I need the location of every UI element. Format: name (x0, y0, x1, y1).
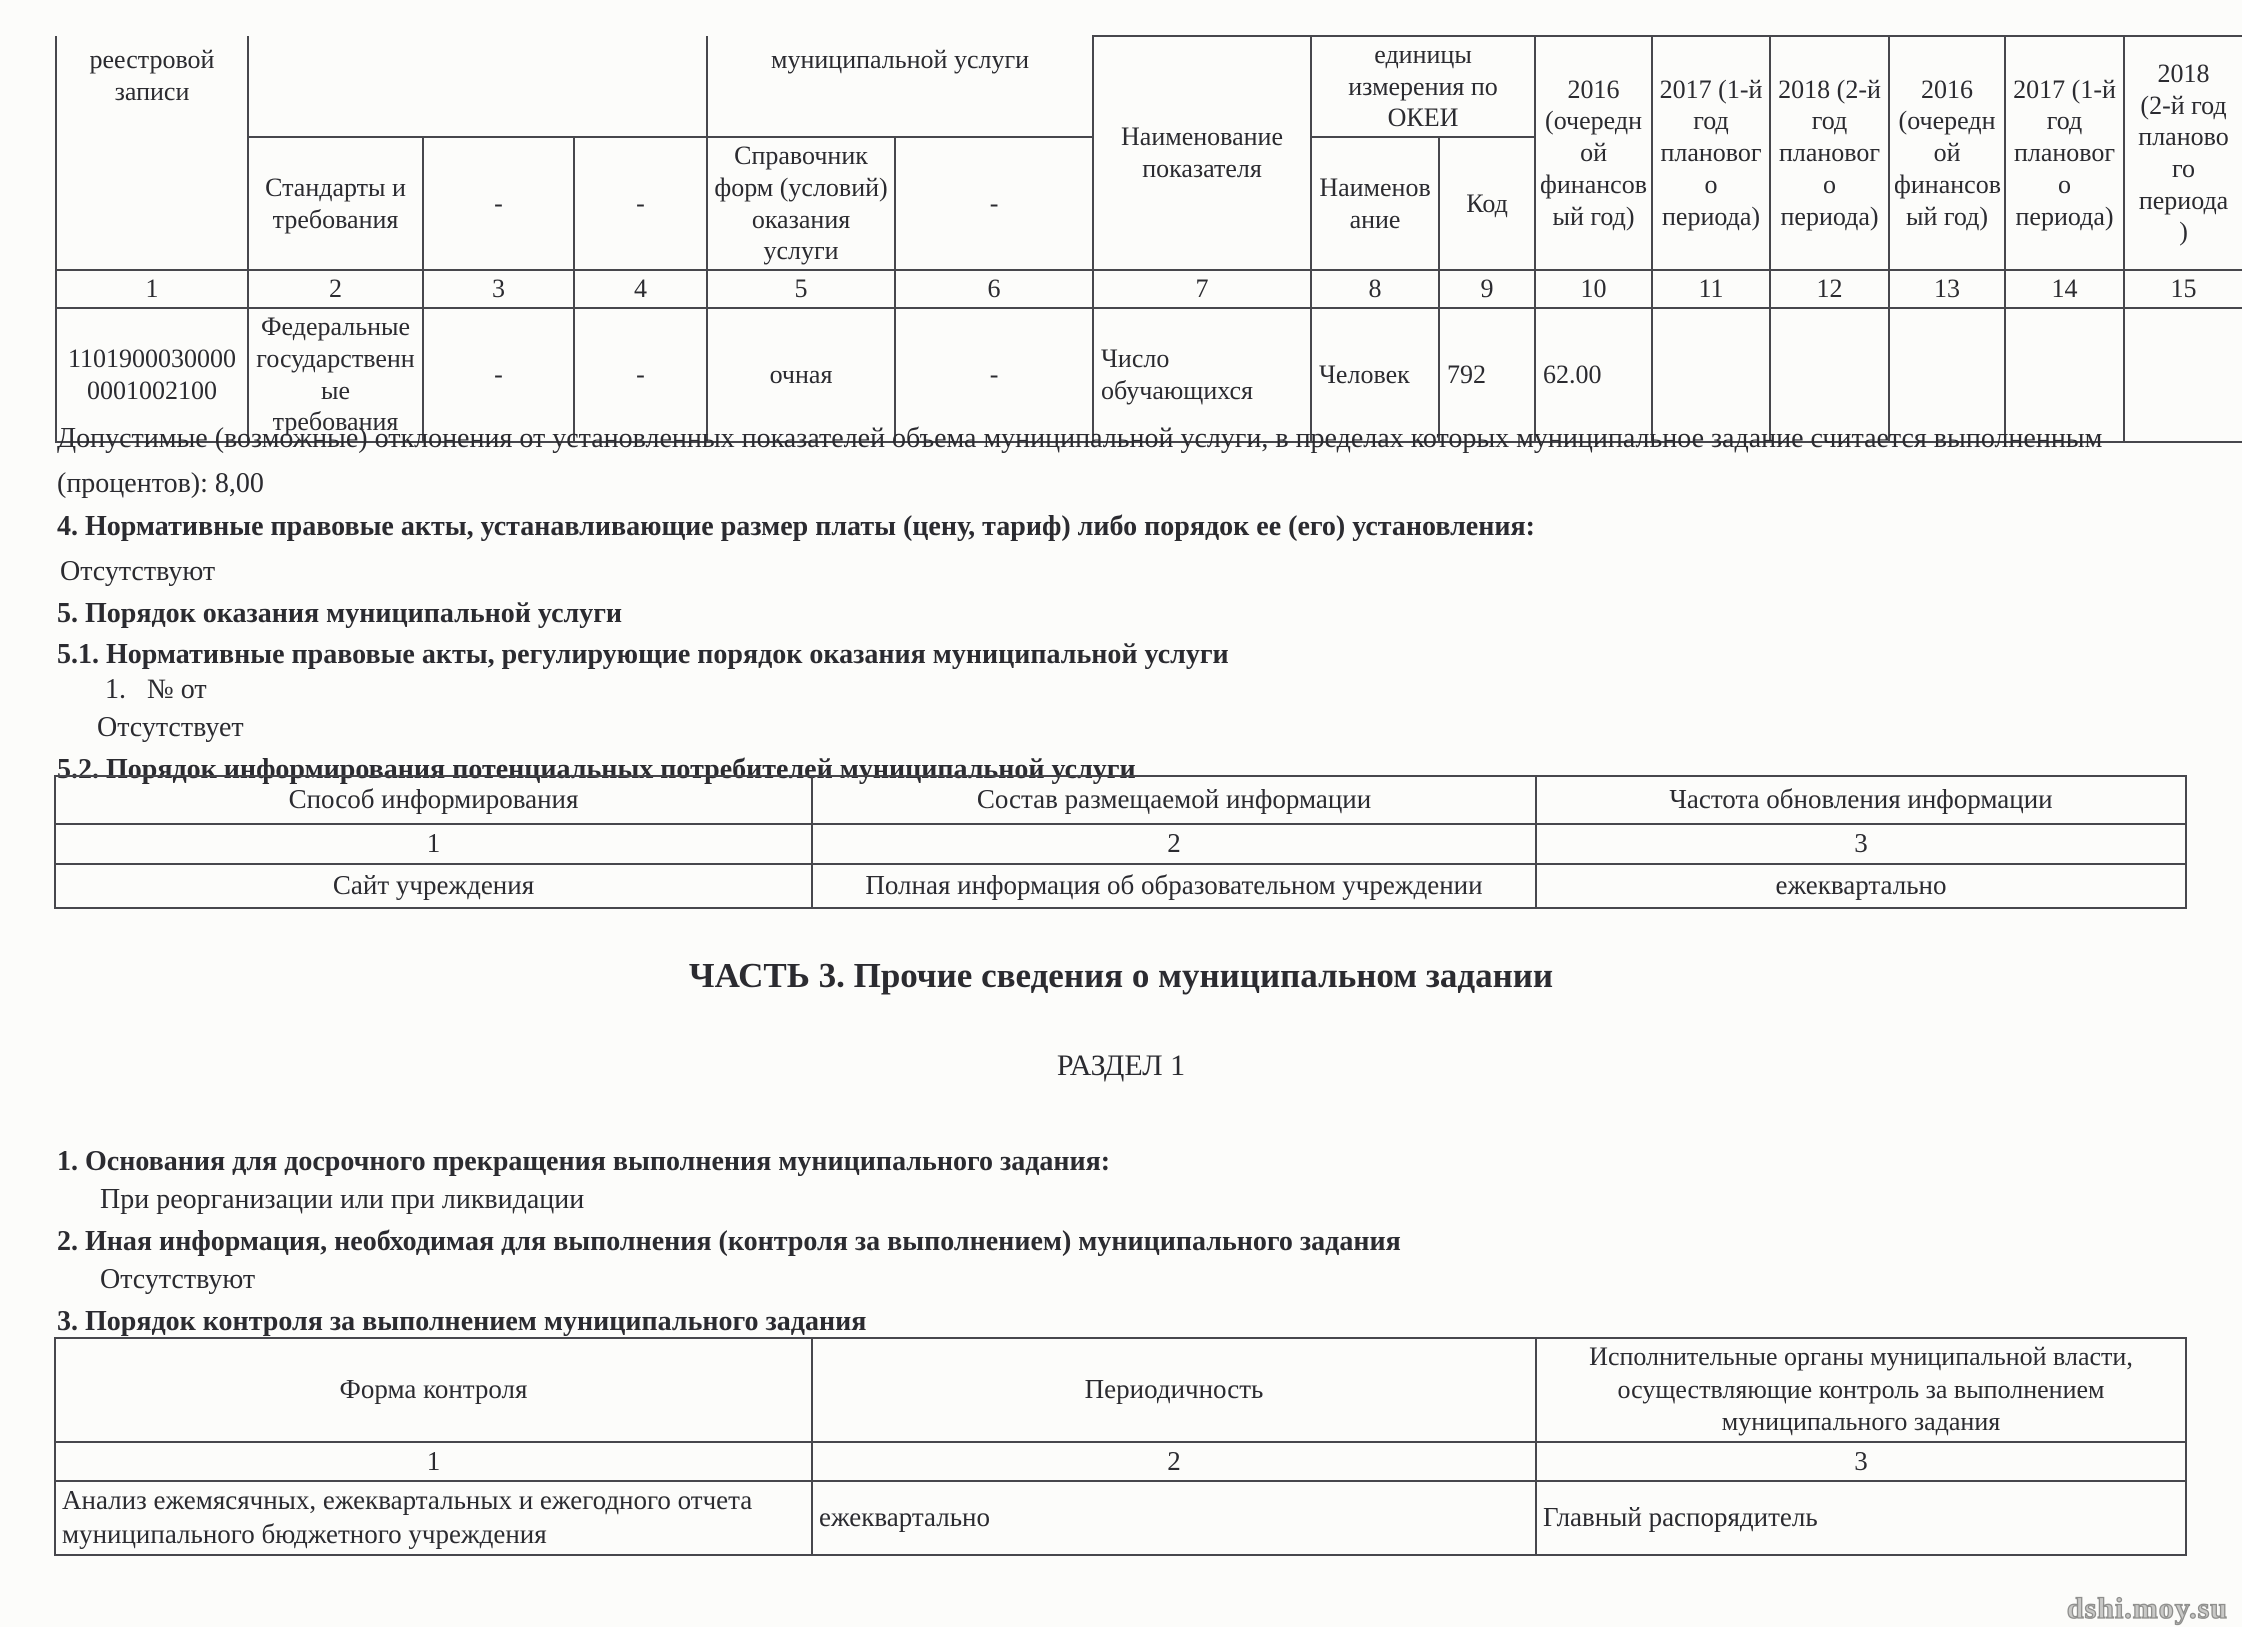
control-table: Форма контроля Периодичность Исполнитель… (54, 1337, 2187, 1556)
col-header-2017-pay: 2017 (1-й год плановог о периода) (2005, 36, 2124, 270)
tolerance-note: Допустимые (возможные) отклонения от уст… (57, 416, 2177, 507)
service-volume-table: реестровой записи муниципальной услуги Н… (55, 35, 2242, 443)
control-cell-form: Анализ ежемясячных, ежеквартальных и еже… (55, 1481, 812, 1555)
col-num: 1 (55, 1442, 812, 1482)
part3-section-2-value: Отсутствуют (100, 1258, 255, 1303)
col-header-2016-volume: 2016 (очередн ой финансов ый год) (1535, 36, 1652, 270)
col-header-reference-forms: Справочник форм (условий) оказания услуг… (707, 137, 895, 270)
col-num: 4 (574, 270, 707, 308)
col-header-dash-6: - (895, 137, 1093, 270)
razdel-1-title: РАЗДЕЛ 1 (0, 1042, 2242, 1090)
information-table: Способ информирования Состав размещаемой… (54, 775, 2187, 909)
col-header-registry: реестровой записи (56, 36, 248, 270)
col-num: 7 (1093, 270, 1311, 308)
column-number-row: 1 2 3 4 5 6 7 8 9 10 11 12 13 14 15 (56, 270, 2242, 308)
col-num: 1 (56, 270, 248, 308)
col-num: 12 (1770, 270, 1889, 308)
col-num: 3 (1536, 1442, 2186, 1482)
col-num: 11 (1652, 270, 1770, 308)
col-header-dash-3: - (423, 137, 574, 270)
col-header-2018-pay: 2018 (2-й год планово го периода ) (2124, 36, 2242, 270)
info-cell-content: Полная информация об образовательном учр… (812, 864, 1536, 908)
col-header-2017-volume: 2017 (1-й год плановог о периода) (1652, 36, 1770, 270)
section-5-heading: 5. Порядок оказания муниципальной услуги (57, 592, 622, 637)
part3-section-2-heading: 2. Иная информация, необходимая для выпо… (57, 1220, 1401, 1265)
info-header-method: Способ информирования (55, 776, 812, 824)
control-header-period: Периодичность (812, 1338, 1536, 1442)
col-num: 2 (812, 824, 1536, 864)
col-header-2018-volume: 2018 (2-й год плановог о периода) (1770, 36, 1889, 270)
col-num: 2 (248, 270, 423, 308)
col-header-indicator-name: Наименование показателя (1093, 36, 1311, 270)
col-header-content-group (248, 36, 707, 137)
scanned-municipal-task-page: реестровой записи муниципальной услуги Н… (0, 0, 2242, 1627)
part-3-title: ЧАСТЬ 3. Прочие сведения о муниципальном… (0, 948, 2242, 1004)
control-cell-period: ежеквартально (812, 1481, 1536, 1555)
control-header-authority: Исполнительные органы муниципальной влас… (1536, 1338, 2186, 1442)
section-5-1-heading: 5.1. Нормативные правовые акты, регулиру… (57, 633, 1229, 678)
col-num: 1 (55, 824, 812, 864)
section-5-1-value: Отсутствует (97, 706, 244, 751)
section-4-value: Отсутствуют (60, 550, 215, 595)
col-num: 3 (1536, 824, 2186, 864)
col-header-2016-pay: 2016 (очередн ой финансов ый год) (1889, 36, 2005, 270)
col-num: 8 (1311, 270, 1439, 308)
site-watermark: dshi.moy.su (2067, 1592, 2228, 1626)
col-num: 2 (812, 1442, 1536, 1482)
info-cell-method: Сайт учреждения (55, 864, 812, 908)
col-header-standards: Стандарты и требования (248, 137, 423, 270)
info-header-frequency: Частота обновления информации (1536, 776, 2186, 824)
col-header-okei-unit: единицы измерения по ОКЕИ (1311, 36, 1535, 137)
section-4-heading: 4. Нормативные правовые акты, устанавлив… (57, 505, 1535, 550)
col-num: 10 (1535, 270, 1652, 308)
col-num: 9 (1439, 270, 1535, 308)
col-num: 6 (895, 270, 1093, 308)
info-cell-frequency: ежеквартально (1536, 864, 2186, 908)
col-header-unit-name: Наименов ание (1311, 137, 1439, 270)
col-num: 14 (2005, 270, 2124, 308)
control-cell-authority: Главный распорядитель (1536, 1481, 2186, 1555)
control-header-form: Форма контроля (55, 1338, 812, 1442)
col-num: 3 (423, 270, 574, 308)
info-header-content: Состав размещаемой информации (812, 776, 1536, 824)
col-header-dash-4: - (574, 137, 707, 270)
part3-section-1-value: При реорганизации или при ликвидации (100, 1178, 584, 1223)
col-num: 15 (2124, 270, 2242, 308)
col-header-unit-code: Код (1439, 137, 1535, 270)
col-num: 5 (707, 270, 895, 308)
col-num: 13 (1889, 270, 2005, 308)
col-header-service-conditions: муниципальной услуги (707, 36, 1093, 137)
